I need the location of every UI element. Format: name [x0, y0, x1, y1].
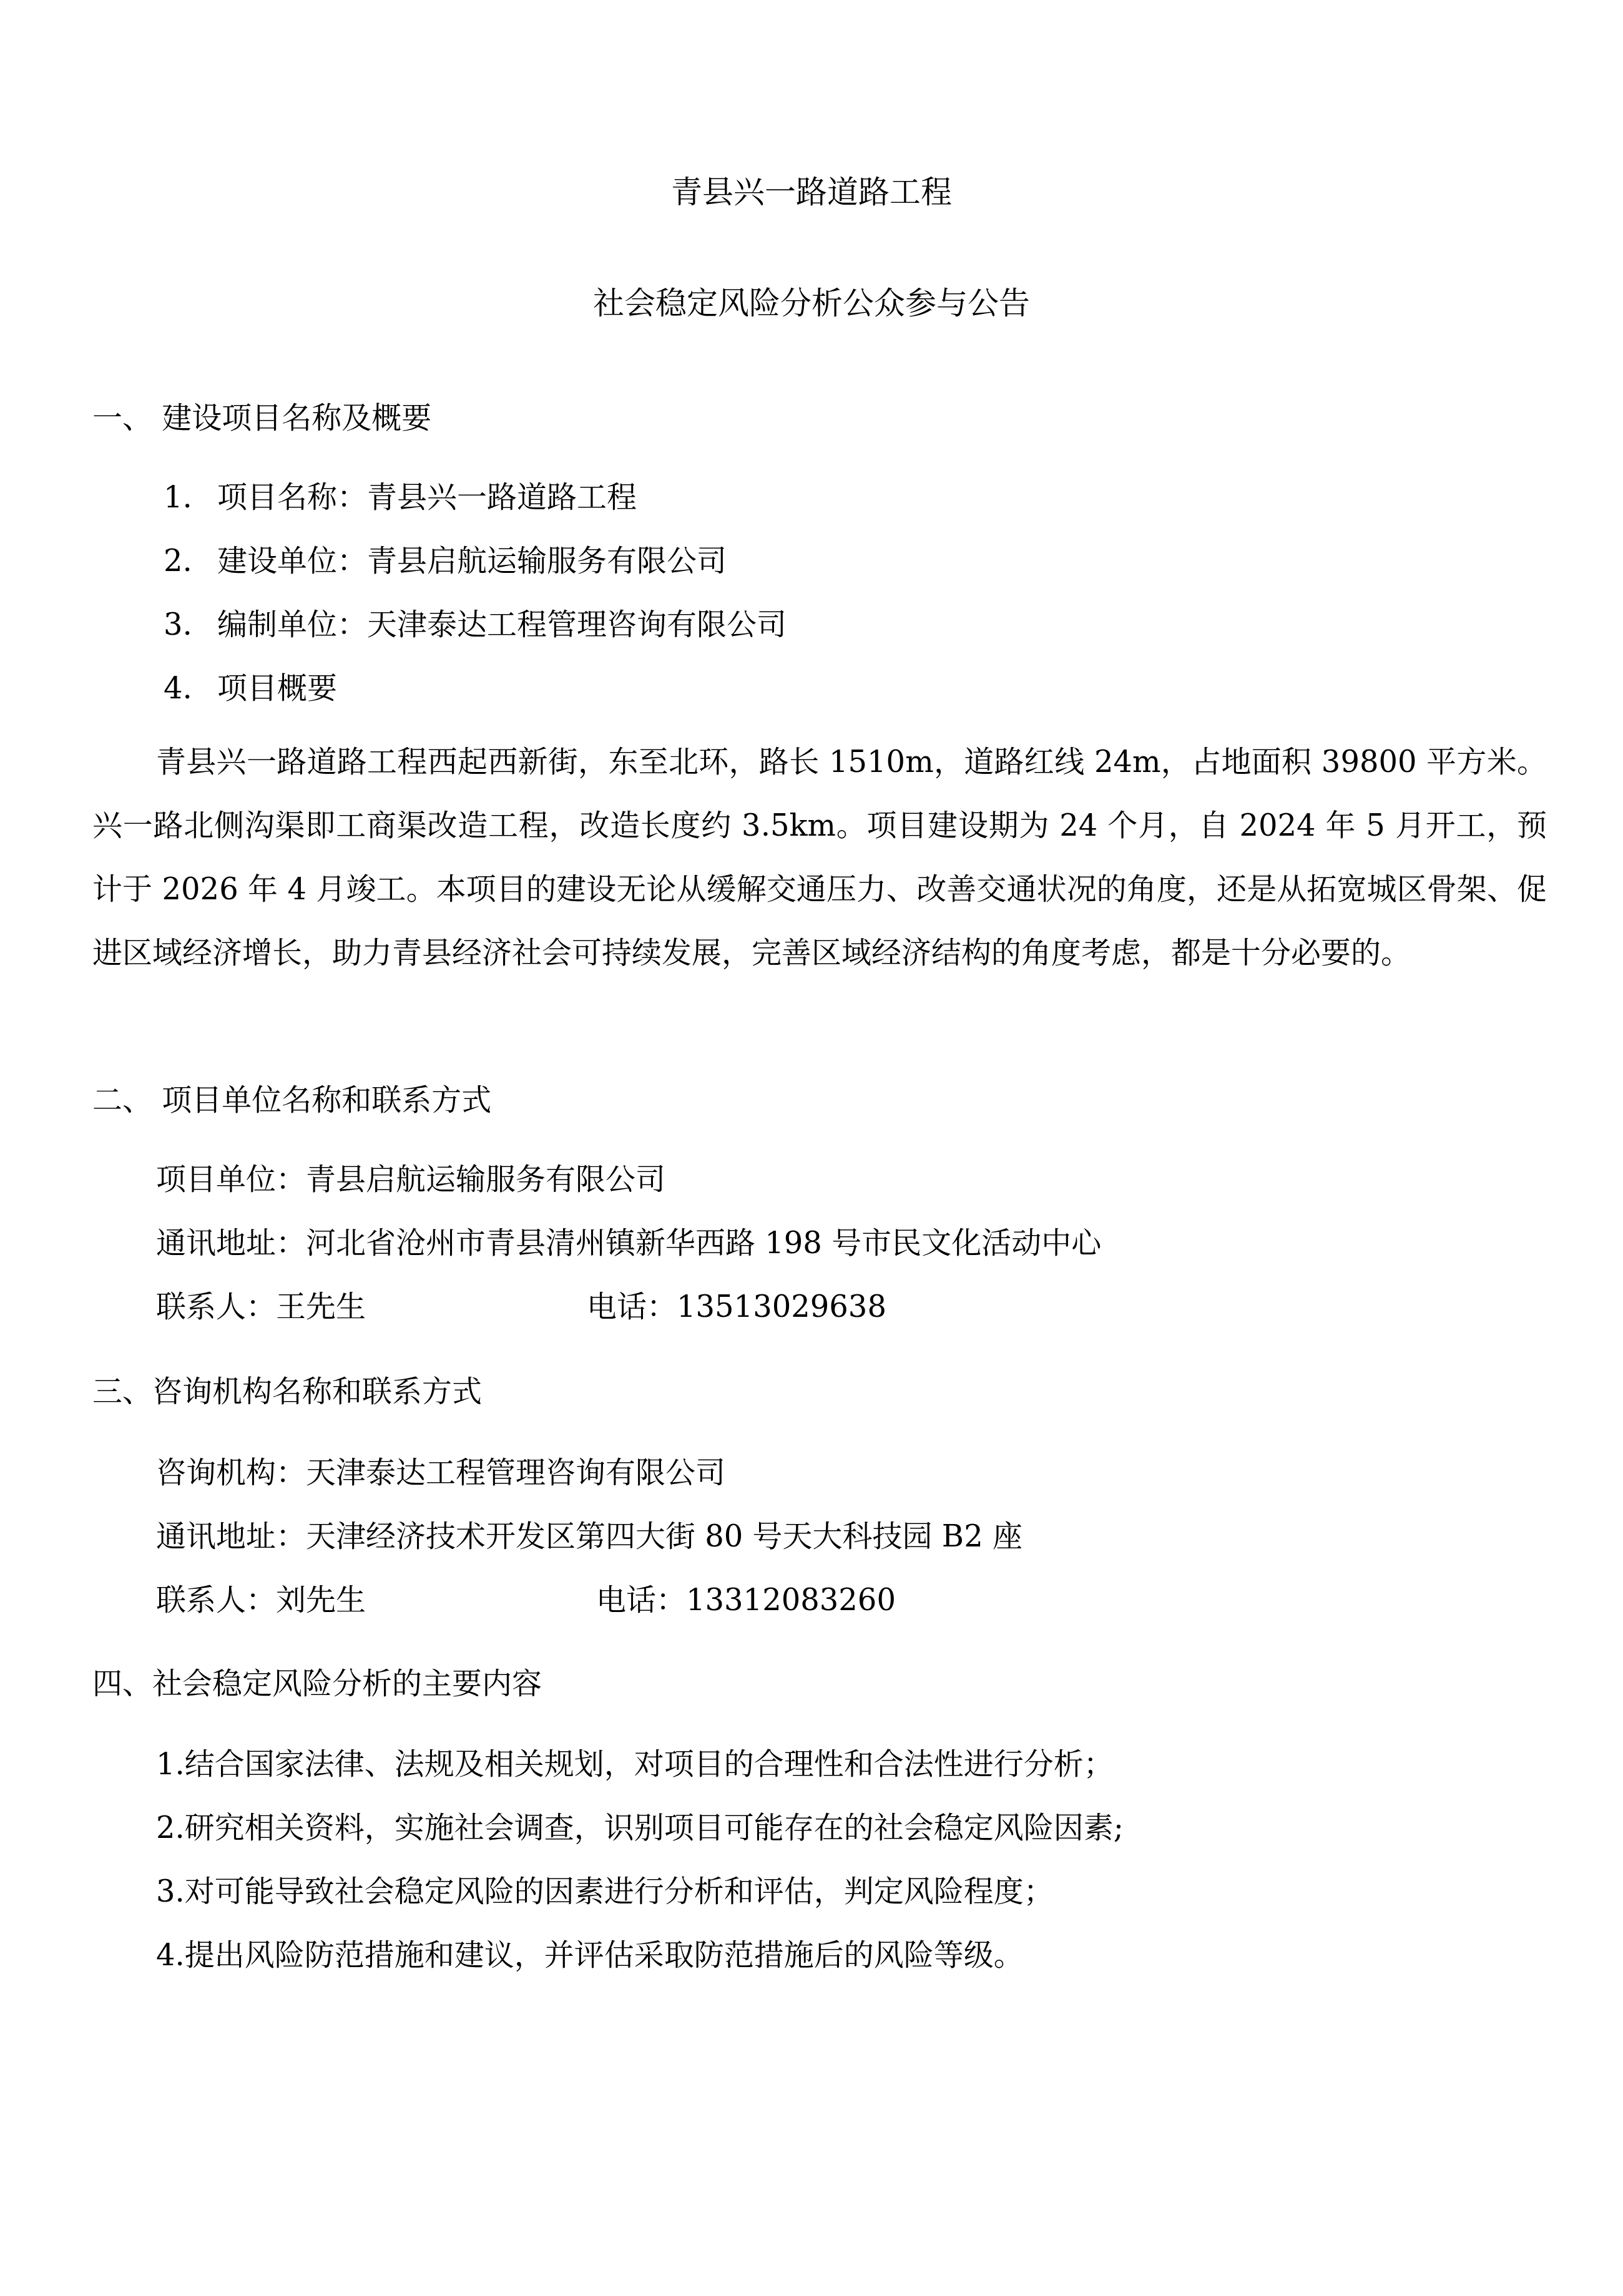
section-3-heading: 三、咨询机构名称和联系方式 [92, 1373, 482, 1410]
item-text: 建设单位：青县启航运输服务有限公司 [217, 544, 727, 579]
item-number: 3. [164, 606, 217, 643]
consultant-address: 通讯地址：天津经济技术开发区第四大街 80 号天大科技园 B2 座 [156, 1518, 1022, 1555]
section-1-heading: 一、 建设项目名称及概要 [92, 399, 431, 437]
item-number: 4. [164, 670, 217, 707]
project-contact: 联系人：王先生 [156, 1288, 366, 1326]
section-4-heading: 四、社会稳定风险分析的主要内容 [92, 1665, 542, 1702]
section-1-item-4: 4.项目概要 [164, 670, 337, 707]
consultant-contact: 联系人：刘先生 [156, 1581, 366, 1619]
item-number: 2. [164, 542, 217, 580]
consultant-phone: 电话：13312083260 [596, 1581, 896, 1619]
item-number: 1. [164, 479, 217, 516]
section-1-item-2: 2.建设单位：青县启航运输服务有限公司 [164, 542, 727, 580]
consultant-unit: 咨询机构：天津泰达工程管理咨询有限公司 [156, 1454, 725, 1492]
analysis-item-3: 3.对可能导致社会稳定风险的因素进行分析和评估，判定风险程度； [156, 1873, 1054, 1910]
project-phone: 电话：13513029638 [587, 1288, 886, 1326]
document-title: 青县兴一路道路工程 [0, 173, 1623, 211]
analysis-item-1: 1.结合国家法律、法规及相关规划，对项目的合理性和合法性进行分析； [156, 1746, 1114, 1783]
analysis-item-2: 2.研究相关资料，实施社会调查，识别项目可能存在的社会稳定风险因素; [156, 1809, 1124, 1847]
document-page: 青县兴一路道路工程 社会稳定风险分析公众参与公告 一、 建设项目名称及概要 1.… [0, 0, 1623, 2296]
project-unit: 项目单位：青县启航运输服务有限公司 [156, 1161, 665, 1198]
project-summary-paragraph: 青县兴一路道路工程西起西新街，东至北环，路长 1510m，道路红线 24m，占地… [92, 730, 1547, 985]
section-1-item-1: 1.项目名称：青县兴一路道路工程 [164, 479, 637, 516]
analysis-item-4: 4.提出风险防范措施和建议，并评估采取防范措施后的风险等级。 [156, 1937, 1024, 1974]
item-text: 项目概要 [217, 671, 337, 706]
section-1-item-3: 3.编制单位：天津泰达工程管理咨询有限公司 [164, 606, 787, 643]
project-address: 通讯地址：河北省沧州市青县清州镇新华西路 198 号市民文化活动中心 [156, 1224, 1101, 1262]
item-text: 项目名称：青县兴一路道路工程 [217, 480, 637, 515]
section-2-heading: 二、 项目单位名称和联系方式 [92, 1082, 491, 1119]
item-text: 编制单位：天津泰达工程管理咨询有限公司 [217, 607, 787, 642]
document-subtitle: 社会稳定风险分析公众参与公告 [0, 285, 1623, 322]
